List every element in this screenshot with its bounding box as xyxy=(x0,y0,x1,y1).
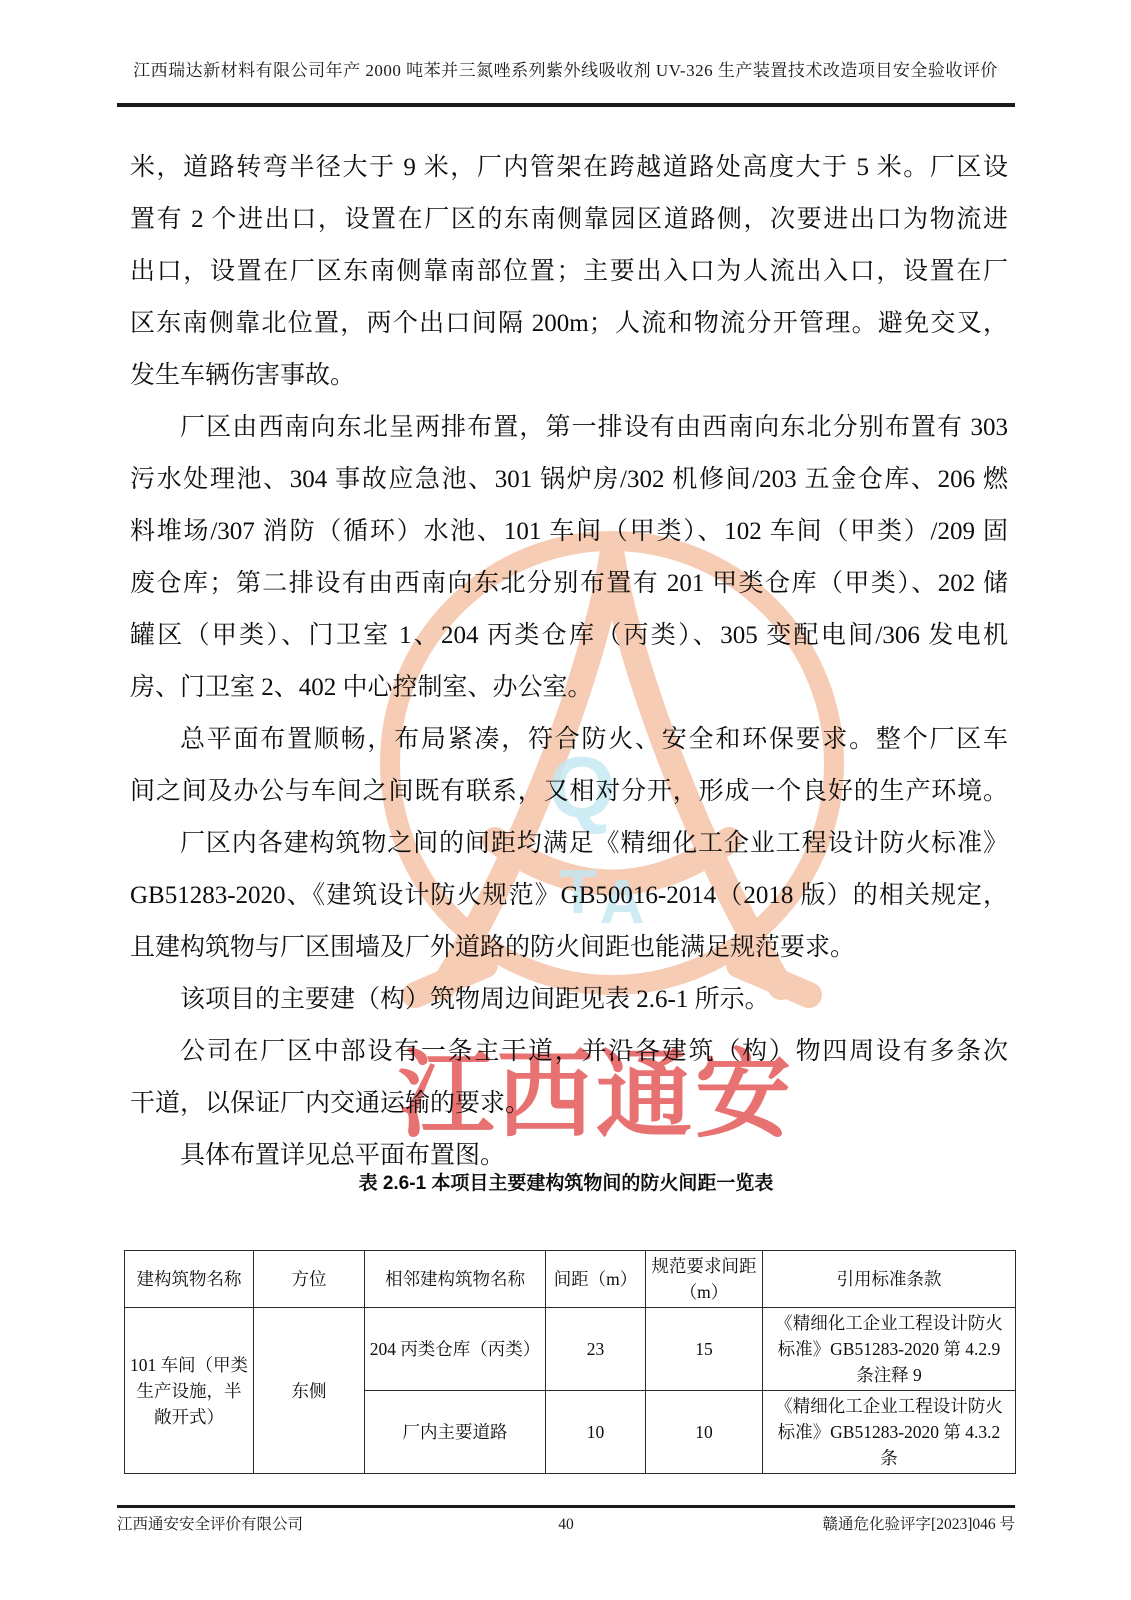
body-line: 出口，设置在厂区东南侧靠南部位置；主要出入口为人流出入口，设置在厂 xyxy=(130,246,1008,298)
cell-clause: 《精细化工企业工程设计防火标准》GB51283-2020 第 4.2.9 条注释… xyxy=(763,1308,1016,1391)
body-line: 罐区（甲类）、门卫室 1、204 丙类仓库（丙类）、305 变配电间/306 发… xyxy=(130,610,1008,662)
col-header-distance: 间距（m） xyxy=(546,1251,646,1308)
table-header-row: 建构筑物名称 方位 相邻建构筑物名称 间距（m） 规范要求间距（m） 引用标准条… xyxy=(125,1251,1016,1308)
body-text: 米，道路转弯半径大于 9 米，厂内管架在跨越道路处高度大于 5 米。厂区设 置有… xyxy=(130,142,1008,1182)
cell-building: 101 车间（甲类生产设施，半敞开式） xyxy=(125,1308,254,1474)
body-line: 且建构筑物与厂区围墙及厂外道路的防火间距也能满足规范要求。 xyxy=(130,922,1008,974)
body-line: 该项目的主要建（构）筑物周边间距见表 2.6-1 所示。 xyxy=(130,974,1008,1026)
footer-doc-number: 赣通危化验评字[2023]046 号 xyxy=(823,1513,1015,1537)
cell-neighbor: 厂内主要道路 xyxy=(365,1391,546,1474)
cell-distance: 10 xyxy=(546,1391,646,1474)
body-line: 废仓库；第二排设有由西南向东北分别布置有 201 甲类仓库（甲类）、202 储 xyxy=(130,558,1008,610)
body-line: 污水处理池、304 事故应急池、301 锅炉房/302 机修间/203 五金仓库… xyxy=(130,454,1008,506)
cell-neighbor: 204 丙类仓库（丙类） xyxy=(365,1308,546,1391)
body-line: 公司在厂区中部设有一条主干道，并沿各建筑（构）物四周设有多条次 xyxy=(130,1026,1008,1078)
body-line: 置有 2 个进出口，设置在厂区的东南侧靠园区道路侧，次要进出口为物流进 xyxy=(130,194,1008,246)
col-header-clause: 引用标准条款 xyxy=(763,1251,1016,1308)
document-page: Q T A 江西通安 江西瑞达新材料有限公司年产 2000 吨苯并三氮唑系列紫外… xyxy=(0,0,1131,1600)
body-line: 厂区内各建构筑物之间的间距均满足《精细化工企业工程设计防火标准》 xyxy=(130,818,1008,870)
table-title: 表 2.6-1 本项目主要建构筑物间的防火间距一览表 xyxy=(117,1170,1015,1198)
col-header-building: 建构筑物名称 xyxy=(125,1251,254,1308)
body-line: 总平面布置顺畅，布局紧凑，符合防火、安全和环保要求。整个厂区车 xyxy=(130,714,1008,766)
col-header-required: 规范要求间距（m） xyxy=(646,1251,763,1308)
body-line: 区东南侧靠北位置，两个出口间隔 200m；人流和物流分开管理。避免交叉， xyxy=(130,298,1008,350)
col-header-direction: 方位 xyxy=(254,1251,365,1308)
body-line: 干道，以保证厂内交通运输的要求。 xyxy=(130,1078,1008,1130)
cell-clause: 《精细化工企业工程设计防火标准》GB51283-2020 第 4.3.2 条 xyxy=(763,1391,1016,1474)
table-row: 101 车间（甲类生产设施，半敞开式） 东侧 204 丙类仓库（丙类） 23 1… xyxy=(125,1308,1016,1391)
body-line: 料堆场/307 消防（循环）水池、101 车间（甲类）、102 车间（甲类）/2… xyxy=(130,506,1008,558)
body-line: 厂区由西南向东北呈两排布置，第一排设有由西南向东北分别布置有 303 xyxy=(130,402,1008,454)
body-line: 房、门卫室 2、402 中心控制室、办公室。 xyxy=(130,662,1008,714)
page-header-title: 江西瑞达新材料有限公司年产 2000 吨苯并三氮唑系列紫外线吸收剂 UV-326… xyxy=(60,58,1071,84)
fire-distance-table: 建构筑物名称 方位 相邻建构筑物名称 间距（m） 规范要求间距（m） 引用标准条… xyxy=(124,1250,1016,1474)
cell-direction: 东侧 xyxy=(254,1308,365,1474)
cell-distance: 23 xyxy=(546,1308,646,1391)
body-line: 米，道路转弯半径大于 9 米，厂内管架在跨越道路处高度大于 5 米。厂区设 xyxy=(130,142,1008,194)
body-line: 间之间及办公与车间之间既有联系，又相对分开，形成一个良好的生产环境。 xyxy=(130,766,1008,818)
cell-required: 15 xyxy=(646,1308,763,1391)
body-line: GB51283-2020、《建筑设计防火规范》GB50016-2014（2018… xyxy=(130,870,1008,922)
footer-rule xyxy=(117,1505,1015,1508)
col-header-neighbor: 相邻建构筑物名称 xyxy=(365,1251,546,1308)
cell-required: 10 xyxy=(646,1391,763,1474)
body-line: 发生车辆伤害事故。 xyxy=(130,350,1008,402)
header-rule xyxy=(117,103,1015,107)
